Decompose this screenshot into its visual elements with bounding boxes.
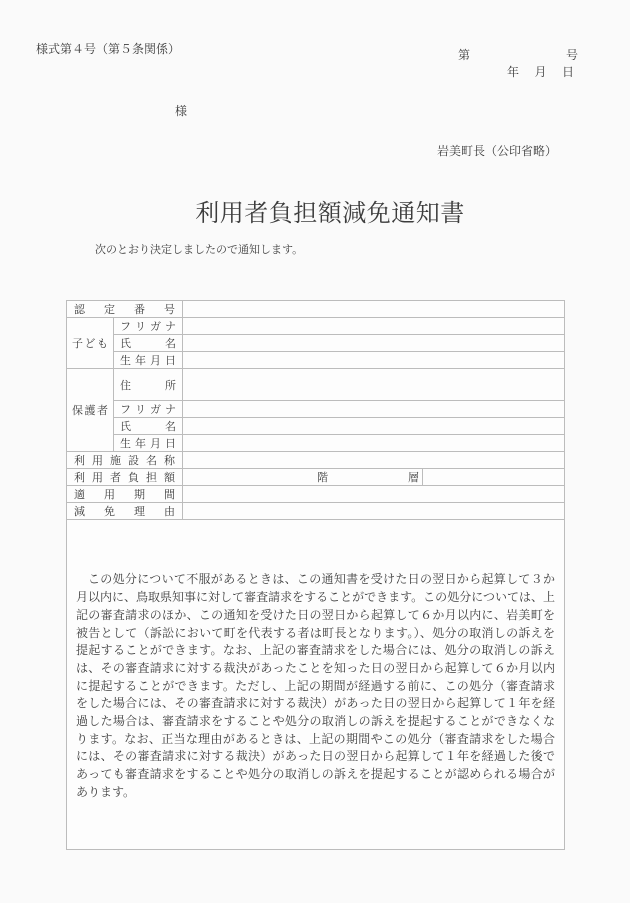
burden-tier-cell: 階 層 — [183, 469, 423, 486]
facility-value-cell — [183, 452, 565, 469]
guardian-group-cell: 保護者 — [67, 369, 114, 452]
notice-form-table: 認定番号 子ども フリガナ 氏名 生年月日 保護者 住所 フリガナ 氏名 生年月… — [66, 300, 565, 850]
cert-number-label-cell: 認定番号 — [67, 301, 183, 318]
child-birthdate-value-cell — [183, 352, 565, 369]
date-line: 年 月 日 — [507, 63, 574, 80]
child-name-value-cell — [183, 335, 565, 352]
guardian-furigana-value-cell — [183, 401, 565, 418]
guardian-birthdate-label-cell: 生年月日 — [114, 435, 183, 452]
cert-number-value-cell — [183, 301, 565, 318]
facility-label-cell: 利用施設名称 — [67, 452, 183, 469]
guardian-name-label-cell: 氏名 — [114, 418, 183, 435]
tier-kai-label: 階 — [317, 469, 328, 485]
reason-value-cell — [183, 503, 565, 520]
date-month-label: 月 — [534, 63, 546, 80]
child-birthdate-label-cell: 生年月日 — [114, 352, 183, 369]
date-day-label: 日 — [562, 63, 574, 80]
form-number-note: 様式第４号（第５条関係） — [36, 42, 180, 56]
intro-sentence: 次のとおり決定しましたので通知します。 — [95, 244, 303, 257]
guardian-name-value-cell — [183, 418, 565, 435]
child-name-label-cell: 氏名 — [114, 335, 183, 352]
user-burden-label-cell: 利用者負担額 — [67, 469, 183, 486]
child-group-cell: 子ども — [67, 318, 114, 369]
period-value-cell — [183, 486, 565, 503]
reason-label-cell: 減免理由 — [67, 503, 183, 520]
guardian-birthdate-value-cell — [183, 435, 565, 452]
guardian-address-value-cell — [183, 369, 565, 401]
doc-number-prefix: 第 — [458, 46, 470, 63]
document-number-line: 第 号 — [458, 46, 578, 63]
doc-number-suffix: 号 — [566, 46, 578, 63]
child-furigana-value-cell — [183, 318, 565, 335]
period-label-cell: 適用期間 — [67, 486, 183, 503]
addressee-honorific: 様 — [175, 104, 187, 118]
document-title: 利用者負担額減免通知書 — [15, 199, 630, 229]
child-furigana-label-cell: フリガナ — [114, 318, 183, 335]
guardian-address-label-cell: 住所 — [114, 369, 183, 401]
notice-document-page: { "document": { "form_note": "様式第４号（第５条関… — [0, 0, 630, 903]
burden-extra-value-cell — [423, 469, 565, 486]
guardian-furigana-label-cell: フリガナ — [114, 401, 183, 418]
appeal-notice-text: この処分について不服があるときは、この通知書を受けた日の翌日から起算して３か月以… — [67, 567, 564, 801]
appeal-notice-cell: この処分について不服があるときは、この通知書を受けた日の翌日から起算して３か月以… — [67, 520, 565, 850]
tier-sou-label: 層 — [408, 469, 419, 485]
sender-name: 岩美町長（公印省略） — [437, 144, 557, 158]
date-year-label: 年 — [507, 63, 519, 80]
